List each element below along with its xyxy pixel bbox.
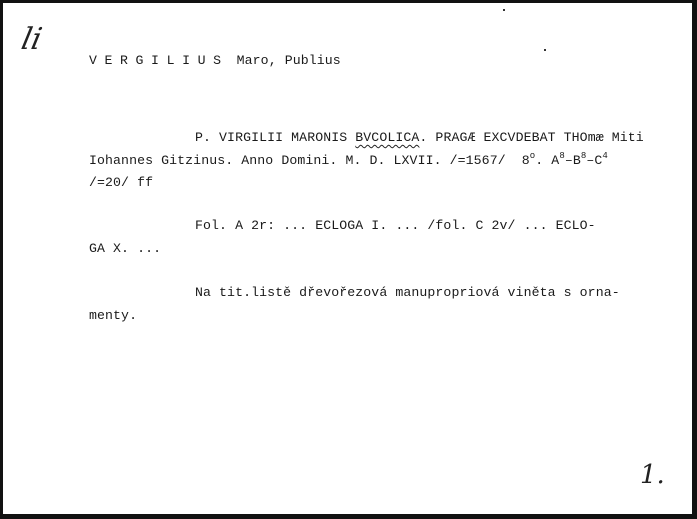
card-edge-top: [0, 0, 697, 3]
imprint-date: Iohannes Gitzinus. Anno Domini. M. D. LX…: [89, 153, 530, 168]
collation-c: –C: [586, 153, 602, 168]
collation-a: . A: [535, 153, 559, 168]
title-page-note-line-1: Na tit.listě dřevořezová manupropriová v…: [195, 285, 620, 300]
contents-note-line-2: GA X. ...: [89, 241, 161, 256]
catalog-card: li VERGILIUS Maro, Publius P. VIRGILII M…: [0, 0, 697, 519]
title-prefix: P. VIRGILII MARONIS: [195, 130, 355, 145]
leaf-count: /=20/ ff: [89, 175, 153, 190]
collation-b: –B: [565, 153, 581, 168]
scan-speck: [544, 49, 546, 51]
author-surname: VERGILIUS: [89, 53, 229, 68]
title-underlined-word: BVCOLICA: [355, 130, 419, 145]
card-edge-left: [0, 0, 3, 519]
collation-c-count: 4: [602, 151, 608, 161]
handwritten-mark: li: [18, 22, 45, 57]
card-edge-bottom: [0, 514, 697, 519]
main-entry-heading: VERGILIUS Maro, Publius: [89, 53, 341, 68]
imprint-text: . PRAGÆ EXCVDEBAT THOmæ Miti: [419, 130, 643, 145]
handwritten-card-number: 1.: [640, 460, 665, 490]
contents-note-line-1: Fol. A 2r: ... ECLOGA I. ... /fol. C 2v/…: [195, 218, 596, 233]
title-line-2: Iohannes Gitzinus. Anno Domini. M. D. LX…: [89, 153, 608, 168]
title-page-note-line-2: menty.: [89, 308, 137, 323]
card-edge-right: [692, 0, 697, 519]
author-forenames: Maro, Publius: [229, 53, 341, 68]
scan-speck: [503, 9, 505, 11]
title-line-1: P. VIRGILII MARONIS BVCOLICA. PRAGÆ EXCV…: [195, 130, 644, 145]
